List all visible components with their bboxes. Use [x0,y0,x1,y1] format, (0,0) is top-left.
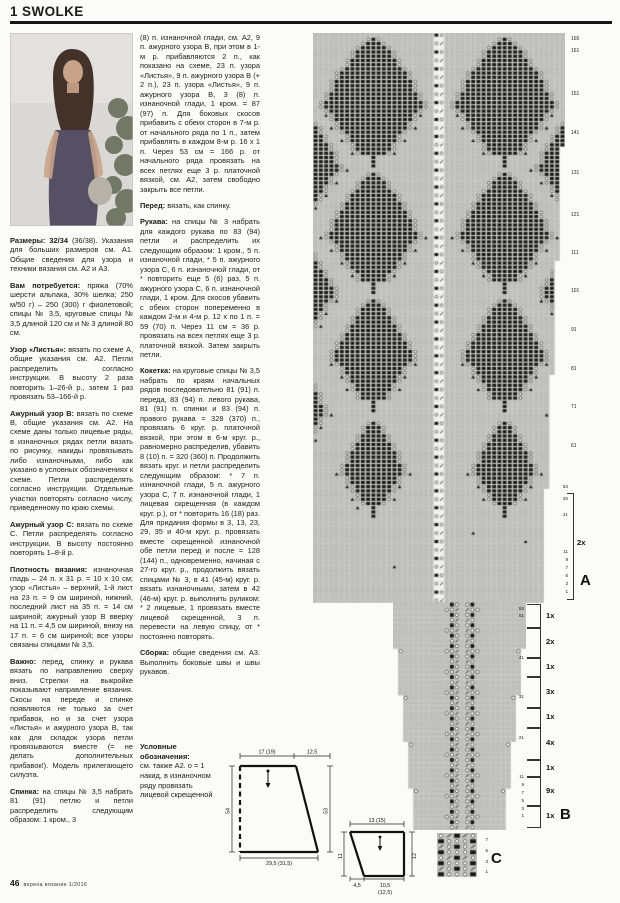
chart-b-repeat-label: 1x [546,712,554,721]
chart-b-row-number: 21 [513,735,524,740]
section-label: Ажурный узор В: [10,409,77,418]
chart-b-repeat-bracket [527,727,541,761]
chart-b-repeat-label: 1x [546,662,554,671]
chart-a-row-number: 91 [571,327,577,333]
chart-a-row-number: 61 [571,443,577,449]
chart-b-row-number: 31 [513,694,524,699]
chart-a-row-number: 161 [571,48,579,54]
middle-instruction-column: (8) п. изнаночной глади, см. А2, 9 п. аж… [140,33,260,683]
chart-c-label: C [491,850,502,867]
section-label: Рукава: [140,217,172,226]
sleeve-bottom-offset: 4,5 [353,883,361,889]
instruction-paragraph: Плотность вязания: изнаночная гладь – 24… [10,565,133,650]
section-label: Важно: [10,657,42,666]
sleeve-right-height: 12 [412,853,418,859]
instruction-paragraph: Рукава: на спицы № 3 набрать для каждого… [140,217,260,359]
chart-a-repeat-label: 2x [577,538,585,547]
instruction-paragraph: Размеры: 32/34 (36/38). Указания для бол… [10,236,133,274]
body-left-height: 54 [226,808,232,814]
chart-b-row-number: 11 [513,774,524,779]
sleeve-bottom-width: 10,5 [380,883,391,889]
page-number: 46 [10,878,19,888]
body-top-width: 17 (19) [258,750,275,756]
instruction-paragraph: (8) п. изнаночной глади, см. А2, 9 п. аж… [140,33,260,194]
chart-a-label: A [580,572,591,589]
chart-c-row-number: 1 [480,869,488,874]
magazine-page: 1 SWOLKE Размеры: 32/34 (36/38). [0,0,620,903]
chart-b-repeat-bracket [527,604,541,629]
chart-b-row-number: 51 [513,613,524,618]
chart-b-repeat-bracket [527,657,541,678]
title-rule [10,21,612,24]
chart-b-repeat-label: 1x [546,611,554,620]
chart-a-canvas [313,33,565,603]
chart-c-row-number: 7 [480,837,488,842]
instruction-paragraph: Сборка: общие сведения см. А3. Выполнить… [140,648,260,676]
chart-a-row-number: 131 [571,170,579,176]
chart-b-repeat-label: 2x [546,637,554,646]
section-label: Вам потребуется: [10,281,87,290]
chart-b-repeat-bracket [527,776,541,807]
section-label: Перед: [140,201,167,210]
chart-b-repeat-bracket [527,676,541,709]
chart-b-canvas [393,602,526,830]
chart-b-label: B [560,806,571,823]
instruction-paragraph: Спинка: на спицы № 3,5 набрать 81 (91) п… [10,787,133,825]
chart-b-row-number: 53 [513,606,524,611]
page-footer: 46верена вязание 1/2016 [10,878,87,888]
instruction-paragraph: Вам потребуется: пряжа (70% шерсти альпа… [10,281,133,338]
chart-b-repeat-label: 1x [546,763,554,772]
chart-a-bracket-number: 1 [552,589,568,594]
chart-c-canvas [437,833,477,878]
chart-b-repeat-label: 3x [546,687,554,696]
chart-a-row-number: 111 [571,250,579,256]
legend-block: Условные обозначения: см. также А2. о = … [140,742,218,800]
sleeve-bottom-width2: (12,5) [378,890,392,896]
chart-b-row-number: 7 [513,790,524,795]
chart-b-repeat-label: 4x [546,738,554,747]
chart-b-repeat-bracket [527,805,541,828]
chart-a-row-number: 165 [571,36,579,42]
instruction-paragraph: Ажурный узор В: вязать по схеме В, общие… [10,409,133,513]
chart-b-row-number: 5 [513,798,524,803]
model-photo [10,33,133,226]
section-label: Сборка: [140,648,173,657]
chart-b-repeat-bracket [527,707,541,729]
sleeve-top-width: 13 (15) [368,818,385,824]
section-label: Ажурный узор С: [10,520,77,529]
instruction-paragraph: Ажурный узор С: вязать по схеме С. Петли… [10,520,133,558]
chart-b-repeat-label: 9x [546,786,554,795]
left-instruction-column: Размеры: 32/34 (36/38). Указания для бол… [10,236,133,832]
section-label: Размеры: 32/34 [10,236,72,245]
chart-c-row-number: 3 [480,859,488,864]
section-label: Кокетка: [140,366,173,375]
chart-a-bracket-number: 25 [552,496,568,501]
instruction-paragraph: Важно: перед, спинку и рукава вязать по … [10,657,133,780]
page-title: 1 SWOLKE [10,4,84,19]
chart-b-row-number: 3 [513,806,524,811]
chart-a-row-number: 121 [571,212,579,218]
chart-a-bracket-number: 9 [552,557,568,562]
body-bottom-width: 29,5 (31,5) [266,861,292,866]
section-label: Спинка: [10,787,43,796]
chart-a-bracket-number: 5 [552,573,568,578]
chart-a-row-number: 141 [571,130,579,136]
instruction-paragraph: Кокетка: на круговые спицы № 3,5 набрать… [140,366,260,641]
magazine-credit: верена вязание 1/2016 [23,882,87,888]
body-top-ext: 12,5 [307,750,318,756]
chart-a-row-number: 101 [571,288,579,294]
chart-a-bracket-number: 3 [552,581,568,586]
section-label: Узор «Листья»: [10,345,68,354]
chart-a-bracket-number: 11 [552,549,568,554]
chart-a-bracket-number: 7 [552,565,568,570]
knit-direction-arrow [378,836,383,851]
model-photo-art [10,33,133,226]
chart-a-bracket-number: 53 [552,484,568,489]
legend-text: см. также А2. о = 1 накид, в изнаночном … [140,761,218,800]
chart-b-repeat-label: 1x [546,811,554,820]
chart-b-row-number: 9 [513,782,524,787]
legend-title: Условные обозначения: [140,742,218,761]
body-right-height: 53 [324,808,330,814]
chart-a-row-number: 81 [571,366,577,372]
knit-direction-arrow [266,770,271,789]
body-schematic: 17 (19) 12,5 54 53 29,5 (31,5) [224,746,338,866]
sleeve-left-height: 11 [338,853,344,859]
instruction-paragraph: Узор «Листья»: вязать по схеме А, общие … [10,345,133,402]
instruction-paragraph: Перед: вязать, как спинку. [140,201,260,210]
chart-b-repeat-bracket [527,627,541,659]
chart-c-row-number: 5 [480,848,488,853]
chart-a-bracket-number: 21 [552,512,568,517]
chart-a-repeat-bracket [567,493,574,600]
chart-a-row-number: 151 [571,91,579,97]
section-label: Плотность вязания: [10,565,93,574]
chart-a-row-number: 71 [571,404,577,410]
chart-b-row-number: 1 [513,813,524,818]
chart-b-row-number: 41 [513,655,524,660]
